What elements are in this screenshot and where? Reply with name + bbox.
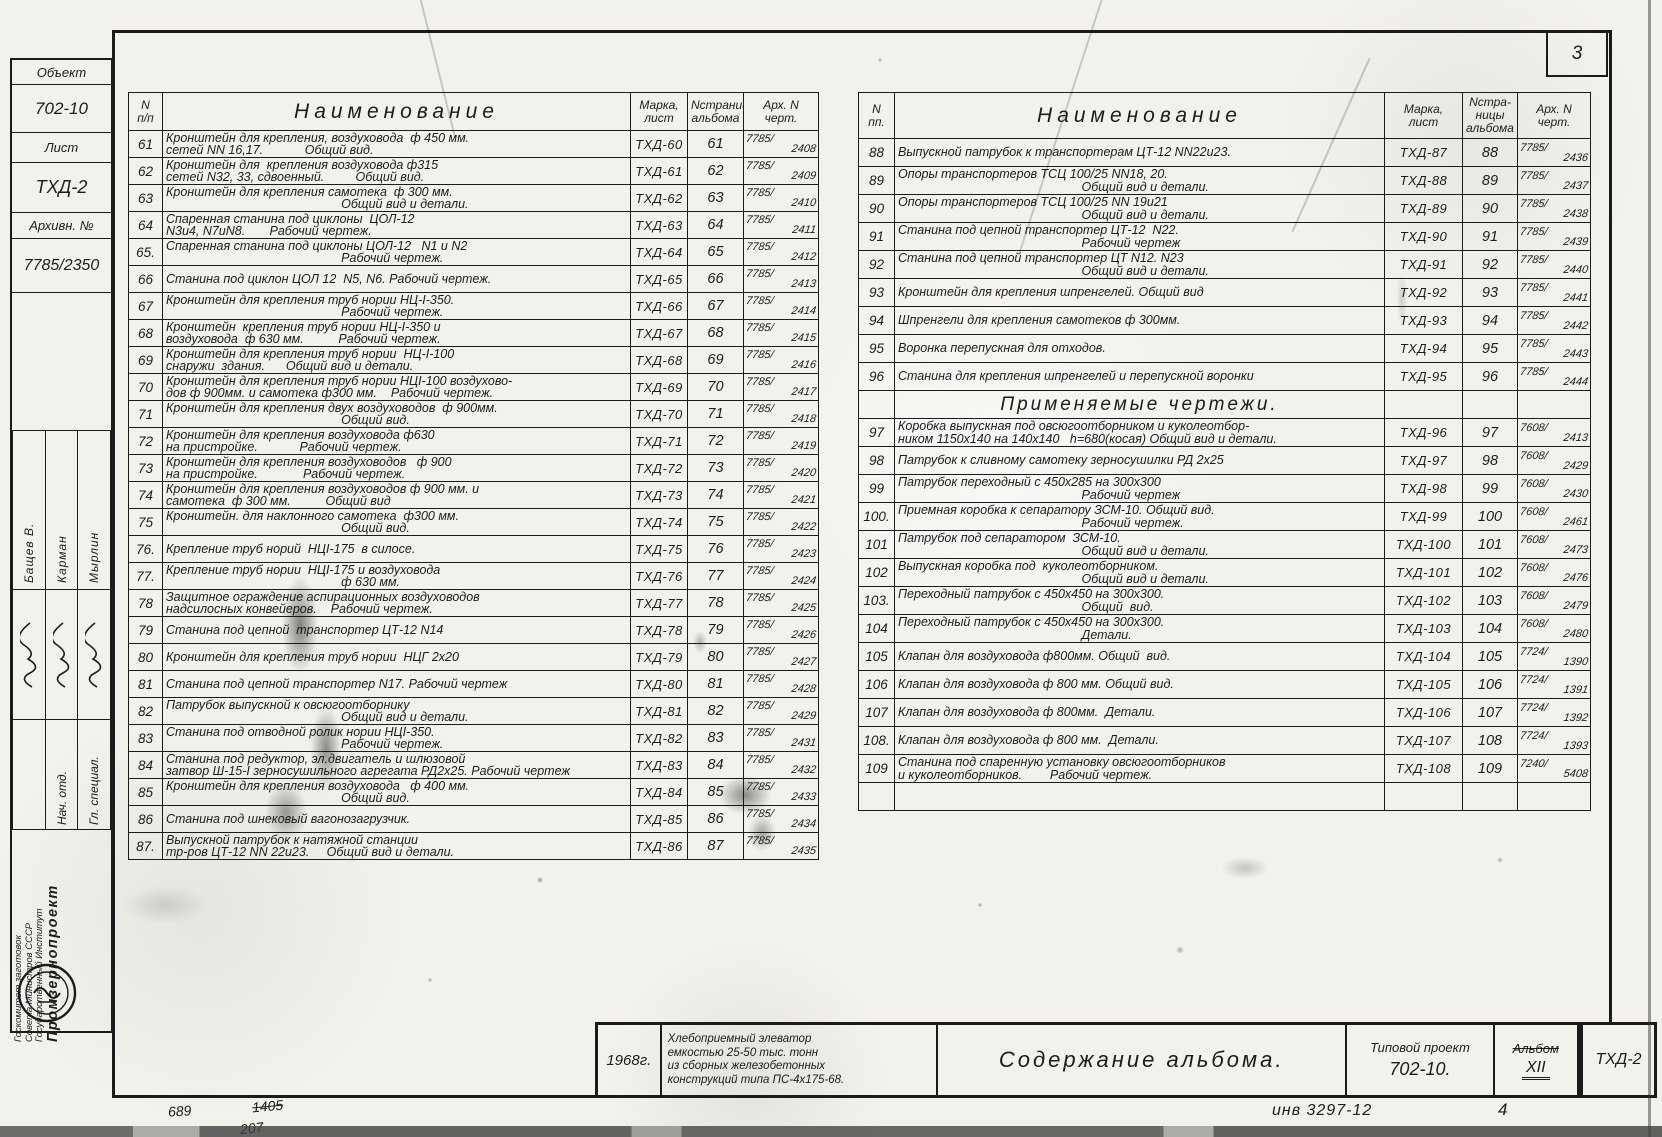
row-page: 65 xyxy=(688,239,744,266)
row-arch: 7785/2429 xyxy=(744,698,819,725)
row-mark: ТХД-99 xyxy=(1385,503,1463,531)
table-row: 67Кронштейн для крепления труб нории НЦ-… xyxy=(129,293,819,320)
table-row: 71Кронштейн для крепления двух воздухово… xyxy=(129,401,819,428)
name-line: Выпускной патрубок к транспортерам ЦТ-12… xyxy=(898,146,1381,159)
row-arch: 7785/2435 xyxy=(744,833,819,860)
row-mark: ТХД-81 xyxy=(631,698,688,725)
row-num: 94 xyxy=(859,307,895,335)
name-line: Общий вид и детали. xyxy=(898,265,1381,278)
row-page: 89 xyxy=(1463,167,1518,195)
row-arch: 7724/1392 xyxy=(1518,699,1591,727)
name-line: Воронка перепускная для отходов. xyxy=(898,342,1381,355)
row-page: 100 xyxy=(1463,503,1518,531)
row-num: 83 xyxy=(129,725,163,752)
table-row: 80Кронштейн для крепления труб нории НЦГ… xyxy=(129,644,819,671)
handwritten-note: 1405 xyxy=(251,1097,283,1116)
row-mark: ТХД-92 xyxy=(1385,279,1463,307)
arch-suffix: 2408 xyxy=(745,144,816,154)
arch-suffix: 2438 xyxy=(1519,209,1588,219)
row-num: 104 xyxy=(859,615,895,643)
row-arch: 7785/2432 xyxy=(744,752,819,779)
table-row: 82Патрубок выпускной к овсюгоотборникуОб… xyxy=(129,698,819,725)
table-row: 68Кронштейн крепления труб нории НЦ-I-35… xyxy=(129,320,819,347)
name-line: Станина под цепной транспортер N17. Рабо… xyxy=(166,678,627,691)
row-mark: ТХД-74 xyxy=(631,509,688,536)
name-line: Опоры транспортеров ТСЦ 100/25 NN18, 20. xyxy=(898,168,1381,181)
row-num: 65. xyxy=(129,239,163,266)
arch-suffix: 2433 xyxy=(745,792,816,802)
row-mark: ТХД-87 xyxy=(1385,139,1463,167)
row-mark: ТХД-91 xyxy=(1385,251,1463,279)
row-mark: ТХД-105 xyxy=(1385,671,1463,699)
arch-suffix: 2418 xyxy=(745,414,816,424)
arch-prefix: 7785/ xyxy=(1519,255,1588,265)
table-row: 104Переходный патрубок с 450х450 на 300х… xyxy=(859,615,1591,643)
arch-suffix: 2443 xyxy=(1519,349,1588,359)
arch-suffix: 2479 xyxy=(1519,601,1588,611)
signature-block: Бащев В.Нач. отд.КарманГл. специал.Мырли… xyxy=(12,430,111,830)
table-row: 109Станина под спаренную установку овсюг… xyxy=(859,755,1591,783)
name-line: Крепление труб норий НЦI-175 в силосе. xyxy=(166,543,627,556)
row-page: 71 xyxy=(688,401,744,428)
arch-suffix: 2473 xyxy=(1519,545,1588,555)
table-row: 64Спаренная станина под циклоны ЦОЛ-12N3… xyxy=(129,212,819,239)
empty-row xyxy=(859,783,1591,811)
arch-suffix: 1392 xyxy=(1519,713,1588,723)
row-arch: 7785/2416 xyxy=(744,347,819,374)
row-num: 69 xyxy=(129,347,163,374)
row-name: Клапан для воздуховода ф 800 мм. Детали. xyxy=(895,727,1385,755)
name-line: Общий вид. xyxy=(166,414,627,427)
row-mark: ТХД-108 xyxy=(1385,755,1463,783)
arch-prefix: 7724/ xyxy=(1519,703,1588,713)
row-arch: 7785/2441 xyxy=(1518,279,1591,307)
row-num: 99 xyxy=(859,475,895,503)
row-num: 77. xyxy=(129,563,163,590)
row-name: Защитное ограждение аспирационных воздух… xyxy=(163,590,631,617)
arch-suffix: 2440 xyxy=(1519,265,1588,275)
row-arch: 7785/2408 xyxy=(744,131,819,158)
row-num: 63 xyxy=(129,185,163,212)
row-page: 98 xyxy=(1463,447,1518,475)
row-mark: ТХД-72 xyxy=(631,455,688,482)
row-num: 61 xyxy=(129,131,163,158)
row-mark: ТХД-75 xyxy=(631,536,688,563)
arch-suffix: 2421 xyxy=(745,495,816,505)
row-name: Станина под редуктор, эл.двигатель и шлю… xyxy=(163,752,631,779)
column-header-page: Nстра- ницы альбома xyxy=(1463,93,1518,139)
name-line: Общий вид и детали. xyxy=(166,711,627,724)
row-arch: 7785/2417 xyxy=(744,374,819,401)
signature-role: Гл. специал. xyxy=(78,719,110,829)
table-row: 69Кронштейн для крепления труб нории НЦ-… xyxy=(129,347,819,374)
arch-prefix: 7785/ xyxy=(1519,339,1588,349)
name-line: Станина под цепной транспортер ЦТ-12 N22… xyxy=(898,224,1381,237)
row-page: 107 xyxy=(1463,699,1518,727)
name-line: на пристройке. Рабочий чертеж. xyxy=(166,468,627,481)
name-line: Общий вид и детали. xyxy=(898,181,1381,194)
row-num: 73 xyxy=(129,455,163,482)
name-line: Патрубок под сепаратором ЗСМ-10. xyxy=(898,532,1381,545)
row-arch: 7724/1391 xyxy=(1518,671,1591,699)
scan-edge xyxy=(1648,0,1651,1137)
arch-prefix: 7724/ xyxy=(1519,675,1588,685)
row-mark: ТХД-71 xyxy=(631,428,688,455)
name-line: Общий вид и детали. xyxy=(898,573,1381,586)
row-page: 62 xyxy=(688,158,744,185)
row-num: 93 xyxy=(859,279,895,307)
name-line: Переходный патрубок с 450х450 на 300х300… xyxy=(898,616,1381,629)
name-line: Выпускная коробка под куколеотборником. xyxy=(898,560,1381,573)
round-stamp-icon xyxy=(16,962,78,1029)
name-line: Общий вид и детали. xyxy=(898,209,1381,222)
title-block-year: 1968г. xyxy=(598,1025,662,1095)
row-name: Патрубок к сливному самотеку зерносушилк… xyxy=(895,447,1385,475)
table-row: 81Станина под цепной транспортер N17. Ра… xyxy=(129,671,819,698)
row-num: 88 xyxy=(859,139,895,167)
signature-row: Нач. отд.Карман xyxy=(46,431,79,829)
row-num: 103. xyxy=(859,587,895,615)
row-num: 74 xyxy=(129,482,163,509)
row-num xyxy=(859,391,895,419)
row-num: 95 xyxy=(859,335,895,363)
row-page: 80 xyxy=(688,644,744,671)
arch-suffix: 1393 xyxy=(1519,741,1588,751)
arch-prefix: 7785/ xyxy=(1519,227,1588,237)
row-name: Станина под спаренную установку овсюгоот… xyxy=(895,755,1385,783)
arch-suffix: 2430 xyxy=(1519,489,1588,499)
row-num: 67 xyxy=(129,293,163,320)
row-name: Кронштейн для крепления воздуховода ф315… xyxy=(163,158,631,185)
arch-suffix: 2434 xyxy=(745,819,816,829)
row-num: 101 xyxy=(859,531,895,559)
signature-name: Бащев В. xyxy=(13,431,45,589)
album-value: XII xyxy=(1522,1059,1550,1080)
name-line: Общий вид и детали. xyxy=(166,198,627,211)
arch-suffix: 2432 xyxy=(745,765,816,775)
row-name: Кронштейн для крепления воздуховода ф 40… xyxy=(163,779,631,806)
row-name: Воронка перепускная для отходов. xyxy=(895,335,1385,363)
name-line: Общий вид и детали. xyxy=(898,545,1381,558)
row-name: Кронштейн для крепления труб нории НЦI-1… xyxy=(163,374,631,401)
contents-table-left: N п/пНаименованиеМарка, листNстраниц аль… xyxy=(128,92,819,860)
row-mark: ТХД-77 xyxy=(631,590,688,617)
row-name: Выпускной патрубок к транспортерам ЦТ-12… xyxy=(895,139,1385,167)
row-arch: 7724/1390 xyxy=(1518,643,1591,671)
arch-prefix: 7785/ xyxy=(1519,171,1588,181)
row-name: Кронштейн. для наклонного самотека ф300 … xyxy=(163,509,631,536)
name-line: снаружи здания. Общий вид и детали. xyxy=(166,360,627,373)
row-num: 100. xyxy=(859,503,895,531)
name-line: воздуховода ф 630 мм. Рабочий чертеж. xyxy=(166,333,627,346)
row-name: Выпускная коробка под куколеотборником.О… xyxy=(895,559,1385,587)
arch-suffix: 2414 xyxy=(745,306,816,316)
arch-suffix: 2417 xyxy=(745,387,816,397)
row-mark: ТХД-66 xyxy=(631,293,688,320)
row-page: 102 xyxy=(1463,559,1518,587)
row-num: 64 xyxy=(129,212,163,239)
row-mark: ТХД-88 xyxy=(1385,167,1463,195)
row-arch: 7785/2423 xyxy=(744,536,819,563)
row-name: Станина под цепной транспортер ЦТ-12 N22… xyxy=(895,223,1385,251)
row-arch: 7785/2409 xyxy=(744,158,819,185)
row-arch: 7608/2430 xyxy=(1518,475,1591,503)
table-row: 86Станина под шнековый вагонозагрузчик.Т… xyxy=(129,806,819,833)
row-name: Кронштейн крепления труб нории НЦ-I-350 … xyxy=(163,320,631,347)
arch-prefix: 7608/ xyxy=(1519,479,1588,489)
name-line: сетей N32, 33, сдвоенный. Общий вид. xyxy=(166,171,627,184)
name-line: Приемная коробка к сепаратору ЗСМ-10. Об… xyxy=(898,504,1381,517)
name-line: Общий вид. xyxy=(166,522,627,535)
row-page: 73 xyxy=(688,455,744,482)
arch-suffix: 2429 xyxy=(745,711,816,721)
empty-cell xyxy=(1463,783,1518,811)
row-name: Коробка выпускная под овсюгоотборником и… xyxy=(895,419,1385,447)
signature-name: Карман xyxy=(46,431,78,589)
signature-row: Бащев В. xyxy=(13,431,46,829)
album-label: Альбом xyxy=(1513,1041,1559,1056)
empty-cell xyxy=(895,783,1385,811)
column-header-mark: Марка, лист xyxy=(1385,93,1463,139)
type-label: Типовой проект xyxy=(1370,1040,1470,1055)
arch-suffix: 2413 xyxy=(745,279,816,289)
row-page: 105 xyxy=(1463,643,1518,671)
empty-cell xyxy=(1518,783,1591,811)
row-num: 81 xyxy=(129,671,163,698)
arch-prefix: 7240/ xyxy=(1519,759,1588,769)
arch-suffix: 2423 xyxy=(745,549,816,559)
table-row: 75Кронштейн. для наклонного самотека ф30… xyxy=(129,509,819,536)
row-num: 109 xyxy=(859,755,895,783)
row-page: 79 xyxy=(688,617,744,644)
name-line: Кронштейн для крепления шпренгелей. Общи… xyxy=(898,286,1381,299)
row-arch: 7785/2413 xyxy=(744,266,819,293)
name-line: ником 1150х140 на 140х140 h=680(косая) О… xyxy=(898,433,1381,446)
row-arch: 7785/2422 xyxy=(744,509,819,536)
empty-cell xyxy=(1385,783,1463,811)
arch-prefix: 7785/ xyxy=(1519,199,1588,209)
table-row: 78Защитное ограждение аспирационных возд… xyxy=(129,590,819,617)
row-name: Кронштейн для крепления, воздуховода ф 4… xyxy=(163,131,631,158)
row-arch: 7785/2439 xyxy=(1518,223,1591,251)
table-row: 96Станина для крепления шпренгелей и пер… xyxy=(859,363,1591,391)
signature-scribble-icon xyxy=(46,589,78,719)
row-name: Станина под цепной транспортер ЦТ-12 N14 xyxy=(163,617,631,644)
row-page: 66 xyxy=(688,266,744,293)
row-name: Станина под циклон ЦОЛ 12 N5, N6. Рабочи… xyxy=(163,266,631,293)
type-value: 702-10. xyxy=(1389,1059,1450,1080)
stamp-value-object: 702-10 xyxy=(12,85,111,133)
arch-prefix: 7724/ xyxy=(1519,731,1588,741)
arch-prefix: 7608/ xyxy=(1519,507,1588,517)
row-mark: ТХД-60 xyxy=(631,131,688,158)
row-name: Патрубок выпускной к овсюгоотборникуОбщи… xyxy=(163,698,631,725)
row-arch: 7785/2424 xyxy=(744,563,819,590)
row-name: Кронштейн для крепления труб нории НЦ-I-… xyxy=(163,347,631,374)
signature-row: Гл. специал.Мырлин xyxy=(78,431,110,829)
row-name: Кронштейн для крепления самотека ф 300 м… xyxy=(163,185,631,212)
name-line: Рабочий чертеж. xyxy=(166,738,627,751)
row-arch: 7785/2436 xyxy=(1518,139,1591,167)
row-arch: 7785/2415 xyxy=(744,320,819,347)
row-arch: 7785/2434 xyxy=(744,806,819,833)
row-mark: ТХД-96 xyxy=(1385,419,1463,447)
column-header-arch: Арх. N черт. xyxy=(1518,93,1591,139)
row-page: 104 xyxy=(1463,615,1518,643)
scan-edge xyxy=(0,1126,1662,1137)
arch-prefix: 7608/ xyxy=(1519,591,1588,601)
table-row: 72Кронштейн для крепления воздуховода ф6… xyxy=(129,428,819,455)
row-name: Кронштейн для крепления труб нории НЦГ 2… xyxy=(163,644,631,671)
table-row: 87.Выпускной патрубок к натяжной станции… xyxy=(129,833,819,860)
name-line: Станина под циклон ЦОЛ 12 N5, N6. Рабочи… xyxy=(166,273,627,286)
row-mark: ТХД-103 xyxy=(1385,615,1463,643)
row-num: 107 xyxy=(859,699,895,727)
inventory-note: инв 3297-12 xyxy=(1272,1102,1372,1120)
arch-prefix: 7608/ xyxy=(1519,423,1588,433)
row-name: Приемная коробка к сепаратору ЗСМ-10. Об… xyxy=(895,503,1385,531)
row-mark: ТХД-89 xyxy=(1385,195,1463,223)
arch-suffix: 2429 xyxy=(1519,461,1588,471)
sheet-note: 4 xyxy=(1498,1100,1507,1120)
table-row: 74Кронштейн для крепления воздуховодов ф… xyxy=(129,482,819,509)
row-num: 91 xyxy=(859,223,895,251)
arch-suffix: 2476 xyxy=(1519,573,1588,583)
table-row: 100.Приемная коробка к сепаратору ЗСМ-10… xyxy=(859,503,1591,531)
row-mark: ТХД-83 xyxy=(631,752,688,779)
name-line: Станина под спаренную установку овсюгоот… xyxy=(898,756,1381,769)
column-header-page: Nстраниц альбома xyxy=(688,93,744,131)
handwritten-note: 689 xyxy=(167,1102,191,1120)
row-arch: 7785/2427 xyxy=(744,644,819,671)
row-page: 99 xyxy=(1463,475,1518,503)
row-name: Станина под отводной ролик нории НЦI-350… xyxy=(163,725,631,752)
name-line: Кронштейн для крепления труб нории НЦГ 2… xyxy=(166,651,627,664)
row-arch: 7785/2428 xyxy=(744,671,819,698)
arch-suffix: 2480 xyxy=(1519,629,1588,639)
row-mark: ТХД-73 xyxy=(631,482,688,509)
row-mark: ТХД-67 xyxy=(631,320,688,347)
column-header-name: Наименование xyxy=(163,93,631,131)
name-line: Переходный патрубок с 450х450 на 300х300… xyxy=(898,588,1381,601)
row-name: Кронштейн для крепления воздуховодов ф 9… xyxy=(163,455,631,482)
arch-prefix: 7608/ xyxy=(1519,619,1588,629)
row-arch: 7785/2410 xyxy=(744,185,819,212)
table-row: 88Выпускной патрубок к транспортерам ЦТ-… xyxy=(859,139,1591,167)
table-row: 63Кронштейн для крепления самотека ф 300… xyxy=(129,185,819,212)
row-mark: ТХД-68 xyxy=(631,347,688,374)
row-name: Патрубок переходный с 450х285 на 300х300… xyxy=(895,475,1385,503)
empty-cell xyxy=(1385,391,1463,419)
arch-prefix: 7785/ xyxy=(1519,283,1588,293)
signature-scribble-icon xyxy=(13,589,45,719)
arch-prefix: 7608/ xyxy=(1519,451,1588,461)
row-num: 108. xyxy=(859,727,895,755)
row-name: Кронштейн для крепления труб нории НЦ-I-… xyxy=(163,293,631,320)
row-mark: ТХД-97 xyxy=(1385,447,1463,475)
arch-suffix: 2411 xyxy=(745,225,816,235)
row-mark: ТХД-79 xyxy=(631,644,688,671)
row-arch: 7724/1393 xyxy=(1518,727,1591,755)
arch-suffix: 2431 xyxy=(745,738,816,748)
row-num: 71 xyxy=(129,401,163,428)
row-page: 72 xyxy=(688,428,744,455)
name-line: Опоры транспортеров ТСЦ 100/25 NN 19и21 xyxy=(898,196,1381,209)
column-header-num: N пп. xyxy=(859,93,895,139)
row-page: 68 xyxy=(688,320,744,347)
row-arch: 7240/5408 xyxy=(1518,755,1591,783)
row-name: Станина под цепной транспортер ЦТ N12. N… xyxy=(895,251,1385,279)
row-name: Клапан для воздуховода ф 800мм. Детали. xyxy=(895,699,1385,727)
table-row: 76.Крепление труб норий НЦI-175 в силосе… xyxy=(129,536,819,563)
arch-suffix: 2461 xyxy=(1519,517,1588,527)
row-page: 91 xyxy=(1463,223,1518,251)
row-num: 79 xyxy=(129,617,163,644)
project-line: емкостью 25-50 тыс. тонн xyxy=(668,1047,936,1061)
title-block-type: Типовой проект 702-10. xyxy=(1347,1025,1494,1095)
row-mark: ТХД-82 xyxy=(631,725,688,752)
row-name: Патрубок под сепаратором ЗСМ-10.Общий ви… xyxy=(895,531,1385,559)
table-row: 92Станина под цепной транспортер ЦТ N12.… xyxy=(859,251,1591,279)
row-mark: ТХД-86 xyxy=(631,833,688,860)
row-name: Шпренгели для крепления самотеков ф 300м… xyxy=(895,307,1385,335)
row-arch: 7785/2414 xyxy=(744,293,819,320)
table-row: 84Станина под редуктор, эл.двигатель и ш… xyxy=(129,752,819,779)
row-page: 101 xyxy=(1463,531,1518,559)
row-mark: ТХД-106 xyxy=(1385,699,1463,727)
row-name: Кронштейн для крепления воздуховода ф630… xyxy=(163,428,631,455)
row-arch: 7785/2411 xyxy=(744,212,819,239)
row-name: Переходный патрубок с 450х450 на 300х300… xyxy=(895,615,1385,643)
row-arch: 7785/2440 xyxy=(1518,251,1591,279)
row-page: 106 xyxy=(1463,671,1518,699)
name-line: Клапан для воздуховода ф 800мм. Детали. xyxy=(898,706,1381,719)
row-mark: ТХД-93 xyxy=(1385,307,1463,335)
row-name: Опоры транспортеров ТСЦ 100/25 NN18, 20.… xyxy=(895,167,1385,195)
row-num: 76. xyxy=(129,536,163,563)
table-row: 97Коробка выпускная под овсюгоотборником… xyxy=(859,419,1591,447)
signature-name: Мырлин xyxy=(78,431,110,589)
name-line: Рабочий чертеж. xyxy=(166,252,627,265)
row-mark: ТХД-102 xyxy=(1385,587,1463,615)
row-page: 93 xyxy=(1463,279,1518,307)
table-row: 95Воронка перепускная для отходов.ТХД-94… xyxy=(859,335,1591,363)
row-mark: ТХД-107 xyxy=(1385,727,1463,755)
row-num: 68 xyxy=(129,320,163,347)
row-arch: 7785/2418 xyxy=(744,401,819,428)
row-page: 76 xyxy=(688,536,744,563)
table-row: 89Опоры транспортеров ТСЦ 100/25 NN18, 2… xyxy=(859,167,1591,195)
project-line: из сборных железобетонных xyxy=(668,1060,936,1074)
row-arch: 7785/2438 xyxy=(1518,195,1591,223)
name-line: на пристройке. Рабочий чертеж. xyxy=(166,441,627,454)
table-row: 79Станина под цепной транспортер ЦТ-12 N… xyxy=(129,617,819,644)
row-num: 90 xyxy=(859,195,895,223)
row-mark: ТХД-70 xyxy=(631,401,688,428)
name-line: тр-ров ЦТ-12 NN 22и23. Общий вид и детал… xyxy=(166,846,627,859)
row-page: 63 xyxy=(688,185,744,212)
row-mark: ТХД-65 xyxy=(631,266,688,293)
arch-prefix: 7724/ xyxy=(1519,647,1588,657)
row-num: 98 xyxy=(859,447,895,475)
column-header-num: N п/п xyxy=(129,93,163,131)
row-num: 89 xyxy=(859,167,895,195)
row-page: 77 xyxy=(688,563,744,590)
row-mark: ТХД-100 xyxy=(1385,531,1463,559)
stamp-label-object: Объект xyxy=(12,60,111,85)
row-mark: ТХД-61 xyxy=(631,158,688,185)
table-row: 65.Спаренная станина под циклоны ЦОЛ-12 … xyxy=(129,239,819,266)
